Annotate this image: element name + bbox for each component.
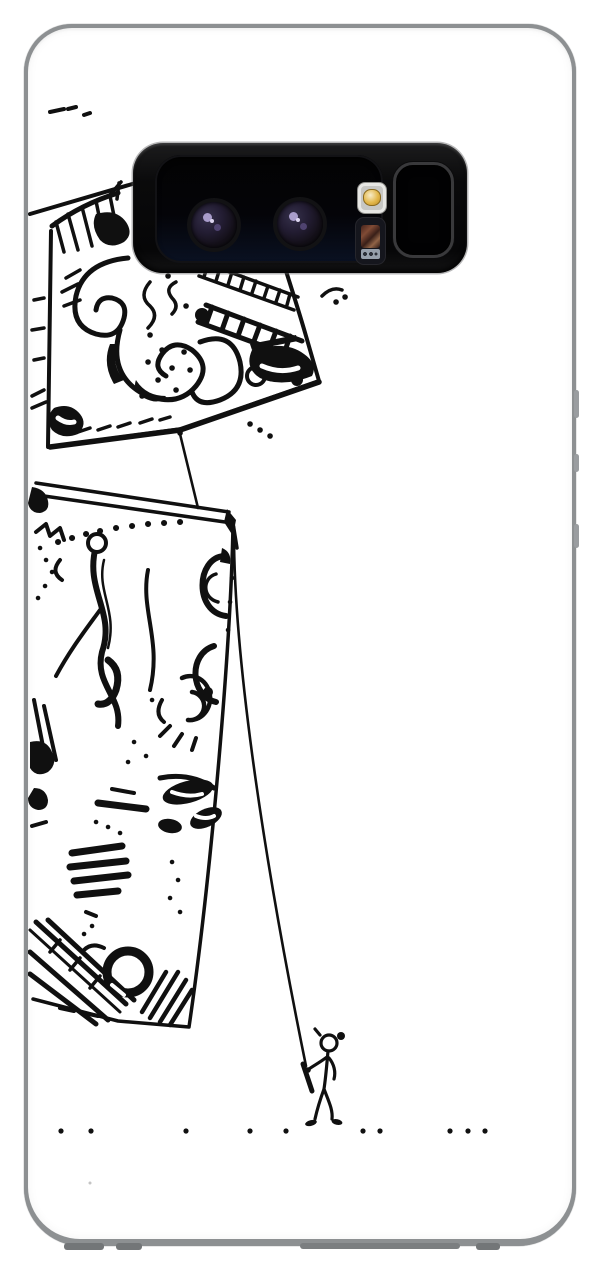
- microphone-notch: [116, 1243, 142, 1250]
- figure-hair-bun: [337, 1032, 345, 1040]
- lens-glint: [296, 218, 300, 222]
- ground-dot: [465, 1128, 470, 1133]
- stray-speck: [89, 1182, 92, 1185]
- side-button-bump-lower: [574, 524, 579, 548]
- heart-rate-sensor: [355, 217, 386, 265]
- ground-dot: [88, 1128, 93, 1133]
- heart-rate-sensor-window: [361, 225, 380, 248]
- camera-recess: [155, 155, 383, 263]
- ground-dot: [360, 1128, 365, 1133]
- lens-glint: [210, 219, 214, 223]
- lower-kite-bead-arc: [58, 522, 180, 542]
- lens-glint: [300, 223, 307, 230]
- side-button-bump-upper: [574, 390, 579, 418]
- ground-dot: [183, 1128, 188, 1133]
- sensor-lens-strip: [361, 249, 380, 259]
- fingerprint-scanner-cutout: [393, 162, 454, 258]
- speaker-notch: [476, 1243, 500, 1250]
- figure-head: [321, 1035, 337, 1051]
- upper-kite-bottom-edge: [50, 382, 319, 447]
- ground-dot: [58, 1128, 63, 1133]
- side-button-bump-middle: [574, 454, 579, 472]
- lens-glint: [214, 224, 221, 231]
- lower-kite-knob: [88, 534, 106, 552]
- rear-camera-lens-tele: [277, 201, 323, 247]
- product-photo: [0, 0, 600, 1266]
- headphone-jack-notch: [64, 1243, 104, 1250]
- ground-dot: [247, 1128, 252, 1133]
- case-back-surface: [28, 28, 572, 1239]
- usb-port-notch: [300, 1243, 460, 1249]
- phone-case-frame: [24, 24, 576, 1246]
- ground-dot: [377, 1128, 382, 1133]
- lower-kite-filled-blobs: [28, 487, 236, 835]
- camera-module: [133, 143, 467, 273]
- lower-kite-bar-stack: [70, 803, 146, 895]
- led-flash: [357, 182, 387, 214]
- ground-dots: [58, 1128, 487, 1133]
- flash-bulb: [363, 189, 381, 206]
- ground-dot: [482, 1128, 487, 1133]
- figure-hand: [305, 1067, 311, 1073]
- lower-kite-rope-hatch: [30, 920, 134, 1024]
- lower-kite-ink-dots: [38, 548, 232, 934]
- upper-kite-top-dashes: [50, 107, 90, 115]
- rear-camera-lens-wide: [191, 202, 237, 248]
- ground-dot: [283, 1128, 288, 1133]
- kite-strings: [180, 434, 306, 1066]
- ground-dot: [447, 1128, 452, 1133]
- lower-box-kite: [28, 483, 237, 1027]
- stick-figure-flyer: [303, 1029, 345, 1127]
